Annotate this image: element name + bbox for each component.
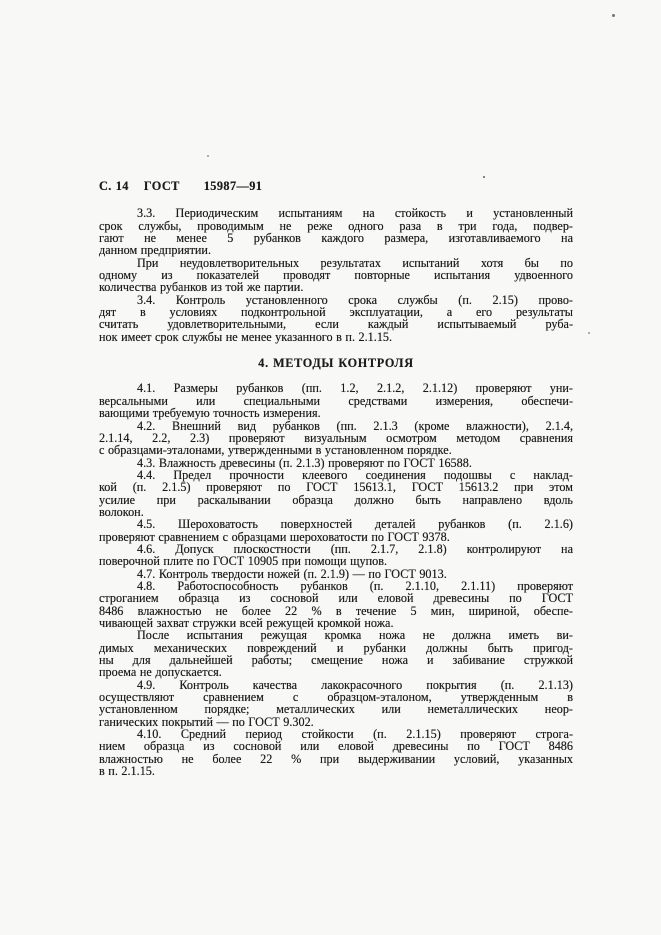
page-number: С. 14 xyxy=(99,179,129,193)
text-line: строганием образца из сосновой или елово… xyxy=(99,592,573,604)
text-line: кой (п. 2.1.5) проверяют по ГОСТ 15613.1… xyxy=(99,481,573,493)
paragraph: 4.6. Допуск плоскостности (пп. 2.1.7, 2.… xyxy=(99,543,573,568)
paragraph: 3.4. Контроль установленного срока служб… xyxy=(99,294,573,343)
paragraph: 4.9. Контроль качества лакокрасочного по… xyxy=(99,679,573,728)
text-line: нием образца из сосновой или еловой древ… xyxy=(99,740,573,752)
text-line: 4.1. Размеры рубанков (пп. 1.2, 2.1.2, 2… xyxy=(99,382,573,394)
text-line: поверочной плите по ГОСТ 10905 при помощ… xyxy=(99,555,573,567)
text-line: усилие при раскалывании образца должно б… xyxy=(99,494,573,506)
paragraph: При неудовлетворительных результатах исп… xyxy=(99,257,573,294)
text-line: вающими требуемую точность измерения. xyxy=(99,407,573,419)
standard-type: ГОСТ xyxy=(144,179,180,193)
paragraph: После испытания режущая кромка ножа не д… xyxy=(99,629,573,678)
text-line: установленном порядке; металлических или… xyxy=(99,703,573,715)
text-line: После испытания режущая кромка ножа не д… xyxy=(99,629,573,641)
paragraph: 4.5. Шероховатость поверхностей деталей … xyxy=(99,518,573,543)
scan-speck xyxy=(207,155,209,157)
text-line: количества рубанков из той же партии. xyxy=(99,281,573,293)
text-line: 4.5. Шероховатость поверхностей деталей … xyxy=(99,518,573,530)
paragraph: 4.1. Размеры рубанков (пп. 1.2, 2.1.2, 2… xyxy=(99,382,573,419)
text-line: в п. 2.1.15. xyxy=(99,765,573,777)
scanned-page: С. 14ГОСТ15987—91 3.3. Периодическим исп… xyxy=(0,0,661,935)
document-body: 3.3. Периодическим испытаниям на стойкос… xyxy=(99,207,573,777)
text-line: 4.2. Внешний вид рубанков (пп. 2.1.3 (кр… xyxy=(99,420,573,432)
text-line: 3.3. Периодическим испытаниям на стойкос… xyxy=(99,207,573,219)
paragraph: 4.4. Предел прочности клеевого соединени… xyxy=(99,469,573,518)
text-line: влажностью не более 22 % при выдерживани… xyxy=(99,753,573,765)
paragraph: 4.10. Средний период стойкости (п. 2.1.1… xyxy=(99,728,573,777)
text-line: считать удовлетворительными, если каждый… xyxy=(99,318,573,330)
running-header: С. 14ГОСТ15987—91 xyxy=(99,180,573,192)
scan-speck xyxy=(483,176,485,178)
text-line: проема не допускается. xyxy=(99,666,573,678)
scan-speck xyxy=(612,14,615,17)
standard-number: 15987—91 xyxy=(204,179,263,193)
paragraph: 3.3. Периодическим испытаниям на стойкос… xyxy=(99,207,573,256)
paragraph: 4.8. Работоспособность рубанков (п. 2.1.… xyxy=(99,580,573,629)
section-heading: 4. МЕТОДЫ КОНТРОЛЯ xyxy=(99,357,573,369)
paragraph: 4.2. Внешний вид рубанков (пп. 2.1.3 (кр… xyxy=(99,420,573,457)
text-line: данном предприятии. xyxy=(99,244,573,256)
page-content: С. 14ГОСТ15987—91 3.3. Периодическим исп… xyxy=(99,180,573,777)
scan-speck xyxy=(588,332,590,334)
text-line: нок имеет срок службы не менее указанног… xyxy=(99,331,573,343)
text-line: с образцами-эталонами, утвержденными в у… xyxy=(99,444,573,456)
